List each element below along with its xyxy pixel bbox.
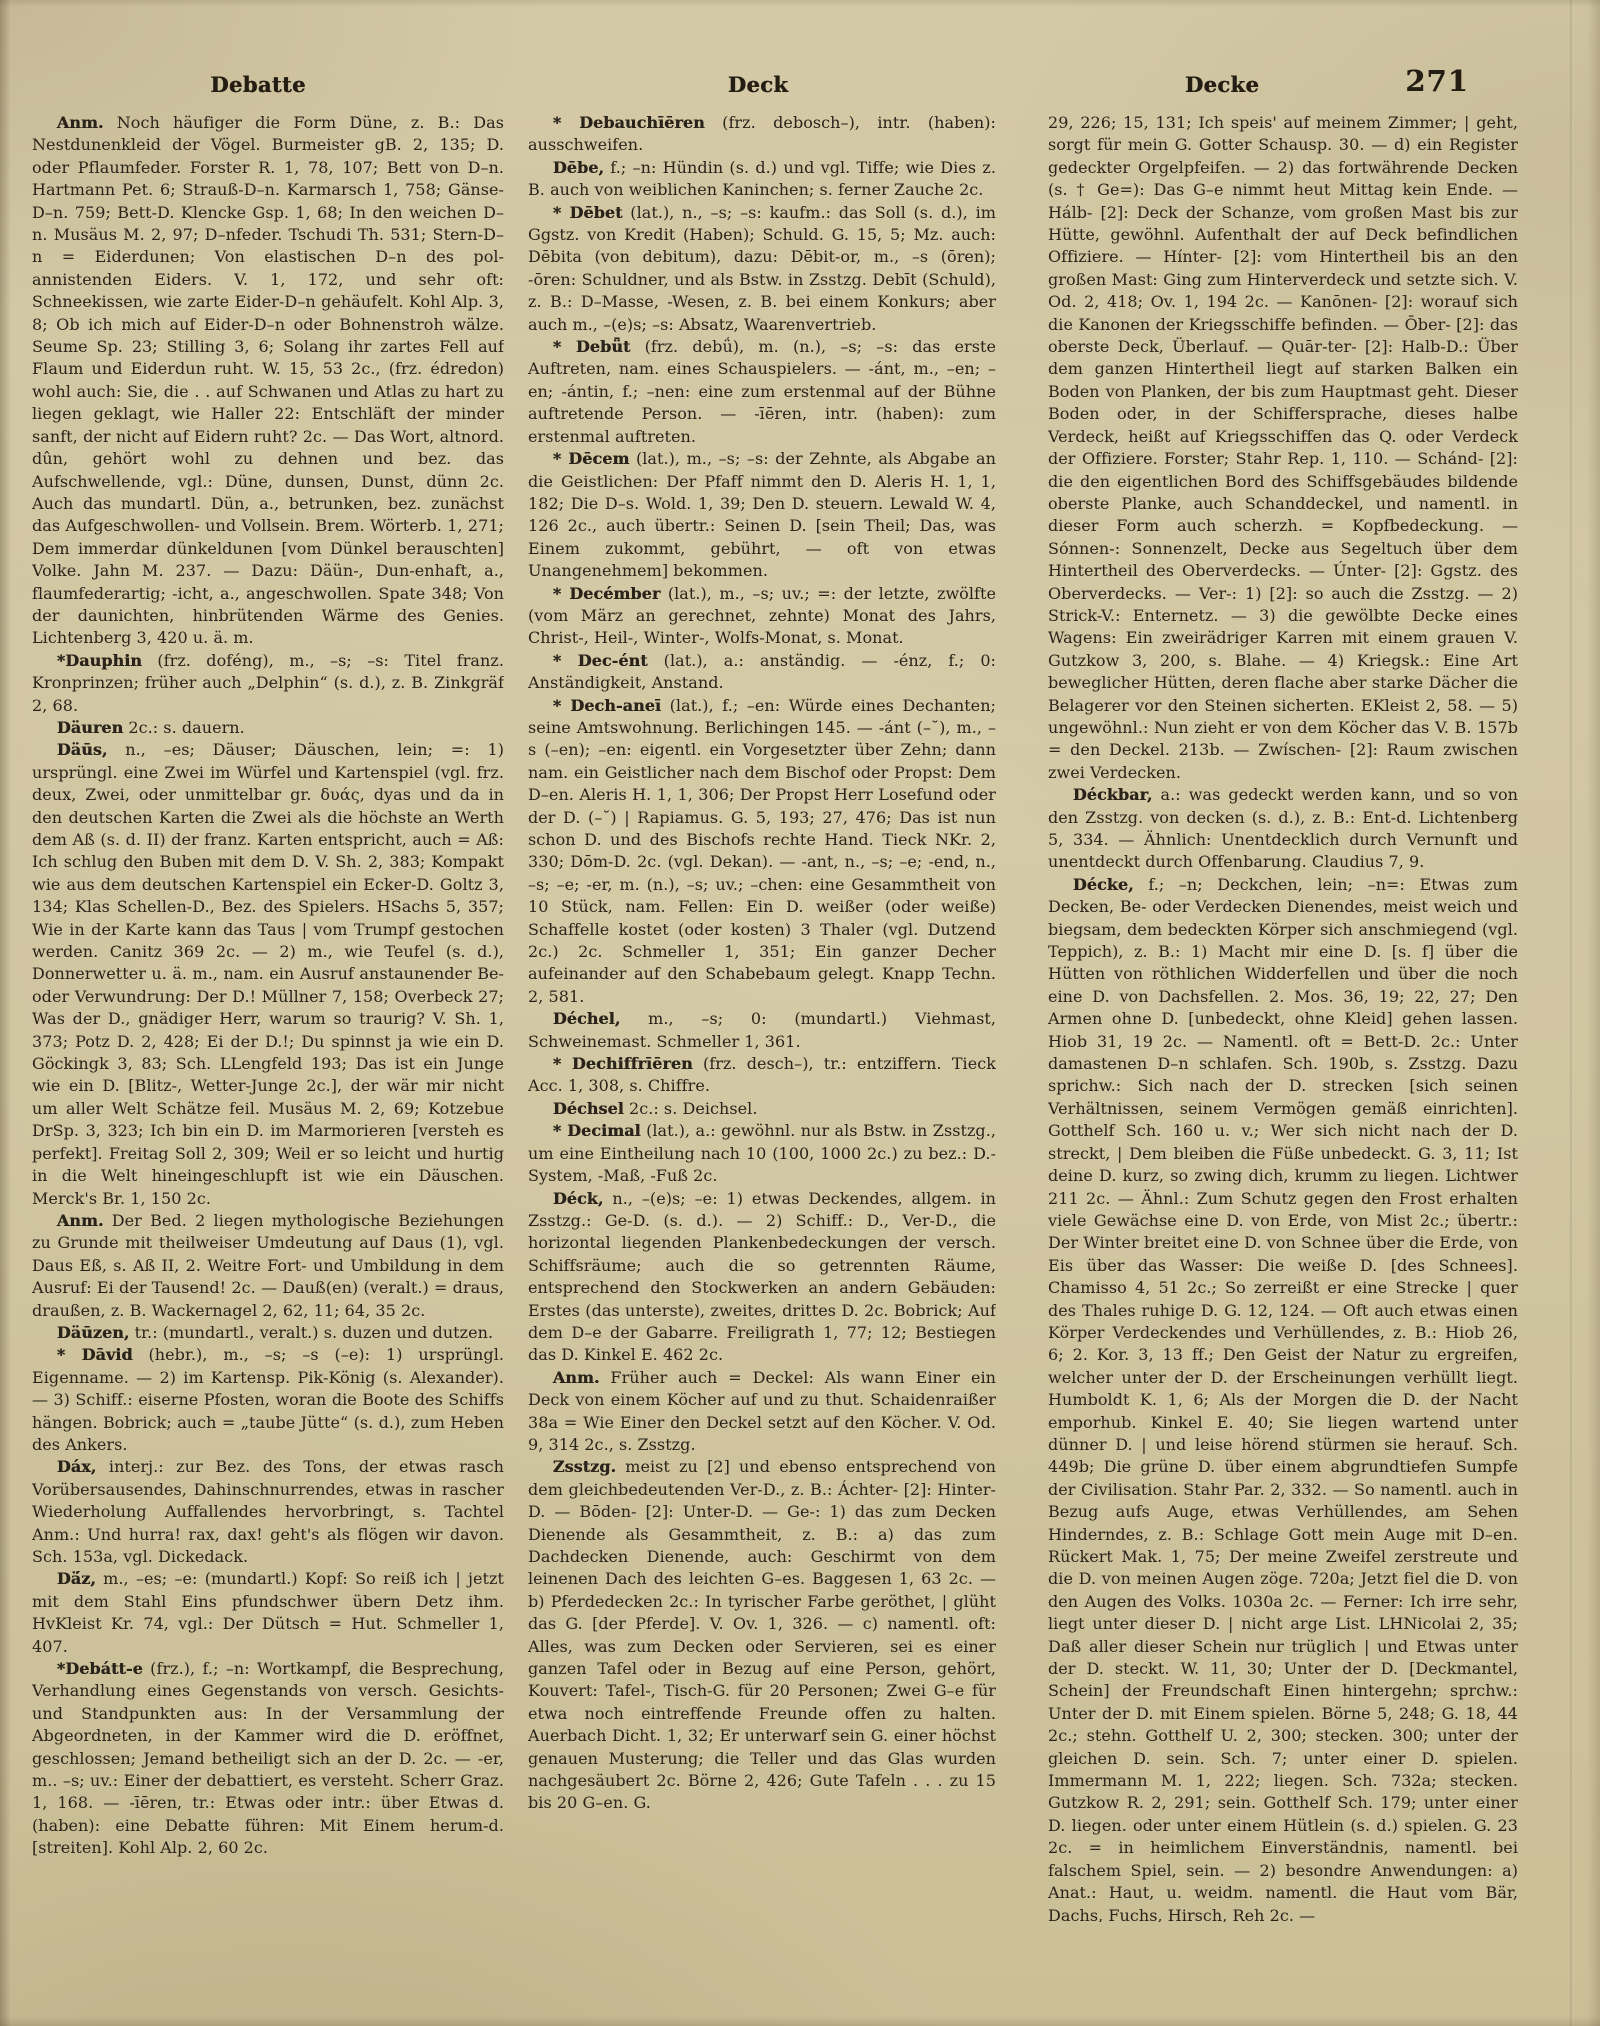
entry-lead: * Decémber xyxy=(553,584,661,603)
entry-lead: * Debǖt xyxy=(553,337,631,356)
entry-body: f.; –n; Deckchen, lein; –n=: Etwas zum D… xyxy=(1048,875,1518,1922)
column-3: 29, 226; 15, 131; Ich speis' auf meinem … xyxy=(1048,112,1518,1922)
entry-deck-anm: Anm. Früher auch = Deckel: Als wann Eine… xyxy=(528,1367,996,1457)
entry-dechiffrieren: * Dechiffrīēren (frz. desch–), tr.: entz… xyxy=(528,1053,996,1098)
entry-lead: * Dech-aneī xyxy=(553,696,661,715)
entry-lead: Déckbar, xyxy=(1073,785,1153,804)
entry-debatte: *Debátt-e (frz.), f.; –n: Wortkampf, die… xyxy=(32,1658,504,1860)
column-1: Anm. Noch häufiger die Form Düne, z. B.:… xyxy=(32,112,504,1922)
entry-dechel: Déchel, m., –s; 0: (mundartl.) Viehmast,… xyxy=(528,1008,996,1053)
entry-lead: Zsstzg. xyxy=(553,1457,616,1476)
entry-lead: Décke, xyxy=(1073,875,1134,894)
entry-lead: * Dēbet xyxy=(553,203,623,222)
entry-lead: * Dechiffrīēren xyxy=(553,1054,693,1073)
entry-debe: Dēbe, f.; –n: Hündin (s. d.) und vgl. Ti… xyxy=(528,157,996,202)
entry-lead: Däuren xyxy=(57,718,123,737)
entry-lead: *Dauphin xyxy=(57,651,142,670)
entry-body: 2c.: s. Deichsel. xyxy=(624,1099,758,1118)
entry-decem: * Dēcem (lat.), m., –s; –s: der Zehnte, … xyxy=(528,448,996,582)
page-number: 271 xyxy=(1392,64,1482,98)
entry-daeuzen: Däūzen, tr.: (mundartl., veralt.) s. duz… xyxy=(32,1322,504,1344)
entry-lead: Däūs, xyxy=(57,740,108,759)
entry-daune-anm: Anm. Noch häufiger die Form Düne, z. B.:… xyxy=(32,112,504,650)
entry-decke: Décke, f.; –n; Deckchen, lein; –n=: Etwa… xyxy=(1048,874,1518,1922)
entry-lead: *Debátt-e xyxy=(57,1659,143,1678)
entry-body: n., –(e)s; –e: 1) etwas Deckendes, allge… xyxy=(528,1189,996,1365)
entry-body: n., –es; Däuser; Däuschen, lein; =: 1) u… xyxy=(32,740,504,1207)
entry-lead: * Dāvid xyxy=(57,1345,133,1364)
header-keyword-right: Decke xyxy=(1112,72,1332,97)
entry-daeuren: Däuren 2c.: s. dauern. xyxy=(32,717,504,739)
entry-body: tr.: (mundartl., veralt.) s. duzen und d… xyxy=(130,1323,494,1342)
entry-lead: Déchel, xyxy=(553,1009,621,1028)
entry-lead: Dä́z, xyxy=(57,1569,96,1588)
header-keyword-left: Debatte xyxy=(148,72,368,97)
entry-decimal: * Decimal (lat.), a.: gewöhnl. nur als B… xyxy=(528,1120,996,1187)
entry-deck-continuation: 29, 226; 15, 131; Ich speis' auf meinem … xyxy=(1048,112,1518,784)
entry-dechanei: * Dech-aneī (lat.), f.; –en: Würde eines… xyxy=(528,695,996,1009)
entry-lead: * Dec-ént xyxy=(553,651,648,670)
entry-debuet: * Debǖt (frz. debǘ), m. (n.), –s; –s: da… xyxy=(528,336,996,448)
entry-lead: Anm. xyxy=(57,1211,104,1230)
entry-lead: Anm. xyxy=(57,113,104,132)
entry-body: 2c.: s. dauern. xyxy=(123,718,245,737)
entry-lead: Dáx, xyxy=(57,1457,97,1476)
entry-lead: Däūzen, xyxy=(57,1323,130,1342)
entry-body: m., –es; –e: (mundartl.) Kopf: So reiß i… xyxy=(32,1569,504,1655)
entry-body: (lat.), m., –s; –s: der Zehnte, als Abga… xyxy=(528,449,996,580)
entry-daeus: Däūs, n., –es; Däuser; Däuschen, lein; =… xyxy=(32,739,504,1210)
entry-lead: * Decimal xyxy=(553,1121,641,1140)
entry-body: meist zu [2] und ebenso entsprechend von… xyxy=(528,1457,996,1812)
header-keyword-center: Deck xyxy=(648,72,868,97)
entry-body: interj.: zur Bez. des Tons, der etwas ra… xyxy=(32,1457,504,1566)
entry-december: * Decémber (lat.), m., –s; uv.; =: der l… xyxy=(528,583,996,650)
entry-dauphin: *Dauphin (frz. doféng), m., –s; –s: Tite… xyxy=(32,650,504,717)
entry-deckbar: Déckbar, a.: was gedeckt werden kann, un… xyxy=(1048,784,1518,874)
entry-body: (lat.), f.; –en: Würde eines Dechanten; … xyxy=(528,696,996,1006)
entry-body: Noch häufiger die Form Düne, z. B.: Das … xyxy=(32,113,504,647)
entry-deck: Déck, n., –(e)s; –e: 1) etwas Deckendes,… xyxy=(528,1188,996,1367)
entry-dax: Dáx, interj.: zur Bez. des Tons, der etw… xyxy=(32,1456,504,1568)
entry-body: (lat.), n., –s; –s: kaufm.: das Soll (s.… xyxy=(528,203,996,334)
entry-lead: * Dēcem xyxy=(553,449,630,468)
entry-debet: * Dēbet (lat.), n., –s; –s: kaufm.: das … xyxy=(528,202,996,336)
entry-decent: * Dec-ént (lat.), a.: anständig. — -énz,… xyxy=(528,650,996,695)
entry-body: (frz.), f.; –n: Wortkampf, die Besprechu… xyxy=(32,1659,504,1857)
page-fold-crease xyxy=(1570,0,1574,2026)
column-2: * Debauchīēren (frz. debosch–), intr. (h… xyxy=(528,112,996,1922)
entry-lead: * Debauchīēren xyxy=(553,113,705,132)
entry-daez: Dä́z, m., –es; –e: (mundartl.) Kopf: So … xyxy=(32,1568,504,1658)
entry-lead: Anm. xyxy=(553,1368,600,1387)
entry-lead: Déchsel xyxy=(553,1099,624,1118)
entry-body: 29, 226; 15, 131; Ich speis' auf meinem … xyxy=(1048,113,1518,782)
entry-body: Der Bed. 2 liegen mythologische Beziehun… xyxy=(32,1211,504,1320)
entry-lead: Déck, xyxy=(553,1189,604,1208)
entry-deck-zsstzg: Zsstzg. meist zu [2] und ebenso entsprec… xyxy=(528,1456,996,1815)
entry-daeus-anm: Anm. Der Bed. 2 liegen mythologische Bez… xyxy=(32,1210,504,1322)
entry-dechsel: Déchsel 2c.: s. Deichsel. xyxy=(528,1098,996,1120)
entry-lead: Dēbe, xyxy=(553,158,604,177)
entry-david: * Dāvid (hebr.), m., –s; –s (–e): 1) urs… xyxy=(32,1344,504,1456)
entry-debauchieren: * Debauchīēren (frz. debosch–), intr. (h… xyxy=(528,112,996,157)
